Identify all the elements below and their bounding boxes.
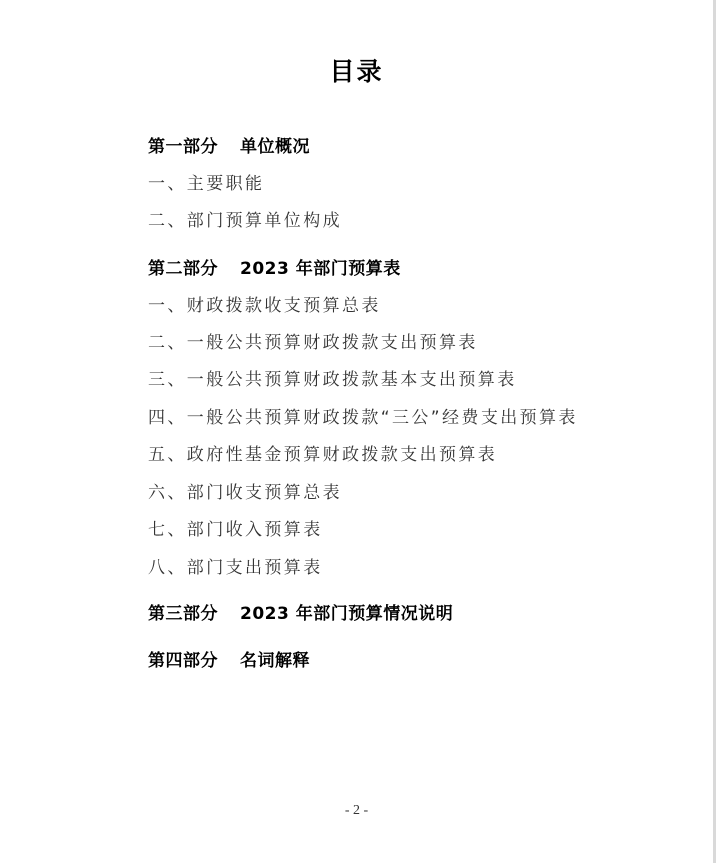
document-page: 目录 第一部分单位概况 一、主要职能 二、部门预算单位构成 第二部分2023 年…: [0, 0, 713, 863]
section-part-label: 第三部分: [148, 602, 218, 626]
toc-section-heading-part-1[interactable]: 第一部分单位概况: [148, 135, 310, 159]
section-part-label: 第一部分: [148, 135, 218, 159]
toc-item[interactable]: 六、部门收支预算总表: [148, 481, 342, 505]
toc-item[interactable]: 二、部门预算单位构成: [148, 209, 342, 233]
toc-item[interactable]: 一、财政拨款收支预算总表: [148, 294, 381, 318]
toc-item[interactable]: 八、部门支出预算表: [148, 556, 323, 580]
section-heading-text: 2023 年部门预算情况说明: [240, 604, 453, 624]
toc-item[interactable]: 四、一般公共预算财政拨款“三公”经费支出预算表: [148, 406, 578, 430]
toc-item[interactable]: 五、政府性基金预算财政拨款支出预算表: [148, 443, 497, 467]
section-heading-text: 2023 年部门预算表: [240, 259, 401, 279]
section-part-label: 第二部分: [148, 257, 218, 281]
toc-item[interactable]: 七、部门收入预算表: [148, 518, 323, 542]
toc-item[interactable]: 一、主要职能: [148, 172, 264, 196]
section-heading-text: 单位概况: [240, 137, 310, 157]
toc-item[interactable]: 三、一般公共预算财政拨款基本支出预算表: [148, 368, 517, 392]
toc-section-heading-part-4[interactable]: 第四部分名词解释: [148, 649, 310, 673]
toc-title: 目录: [0, 55, 713, 89]
section-part-label: 第四部分: [148, 649, 218, 673]
toc-item[interactable]: 二、一般公共预算财政拨款支出预算表: [148, 331, 478, 355]
page-number: - 2 -: [0, 802, 713, 820]
toc-section-heading-part-2[interactable]: 第二部分2023 年部门预算表: [148, 257, 401, 281]
section-heading-text: 名词解释: [240, 651, 310, 671]
toc-section-heading-part-3[interactable]: 第三部分2023 年部门预算情况说明: [148, 602, 453, 626]
